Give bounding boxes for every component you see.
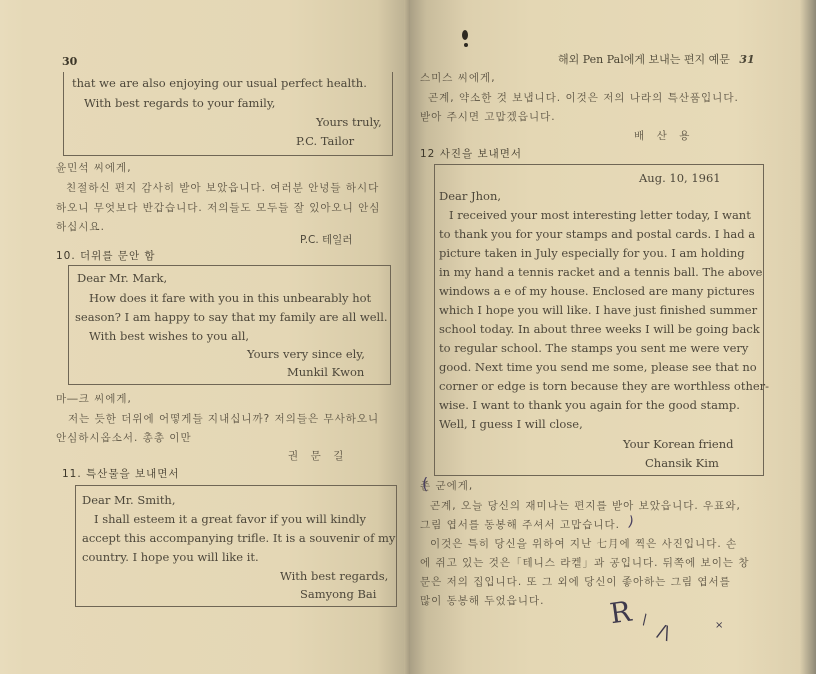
handwritten-note: R <box>608 595 633 631</box>
reply-salutation: 스미스 씨에게, <box>420 70 496 85</box>
book-spread: 30 that we are also enjoying our usual p… <box>0 0 816 674</box>
letter-closing: With best regards, <box>280 567 388 587</box>
reply-signature: 배 산 용 <box>634 128 690 143</box>
letter-line: accept this accompanying trifle. It is a… <box>82 529 395 549</box>
letter-signature: Munkil Kwon <box>287 363 364 383</box>
letter-line: How does it fare with you in this unbear… <box>89 289 371 309</box>
letter-line: to regular school. The stamps you sent m… <box>439 339 748 359</box>
left-page: 30 that we are also enjoying our usual p… <box>0 0 410 674</box>
reply-line: 친절하신 편지 감사히 받아 보았읍니다. 여러분 안녕들 하시다 <box>66 180 379 195</box>
letter-line: I shall esteem it a great favor if you w… <box>94 510 366 530</box>
section-heading: 11. 특산물을 보내면서 <box>62 466 180 481</box>
letter-date: Aug. 10, 1961 <box>639 169 721 189</box>
reply-line: 하오니 무엇보다 반갑습니다. 저의들도 모두들 잘 있아오니 안심 <box>56 200 380 215</box>
letter-line: which I hope you will like. I have just … <box>439 301 757 321</box>
pen-stroke-mark: × <box>715 620 723 631</box>
letter-box-mark: Dear Mr. Mark, How does it fare with you… <box>68 265 391 385</box>
letter-closing: Yours very since ely, <box>247 345 365 365</box>
reply-line: 에 쥐고 있는 것은「테니스 라켙」과 공입니다. 뒤쪽에 보이는 창 <box>420 555 749 570</box>
pen-stroke-mark: \ <box>638 612 650 628</box>
pen-bracket-mark: ( <box>422 474 428 493</box>
letter-line: windows a e of my house. Enclosed are ma… <box>439 282 755 302</box>
letter-line: wise. I want to thank you again for the … <box>439 396 740 416</box>
reply-line: 곤계, 오늘 당신의 재미나는 편지를 받아 보았읍니다. 우표와, <box>430 498 741 513</box>
reply-line: 하십시요. <box>56 219 105 234</box>
letter-line: I received your most interesting letter … <box>449 206 751 226</box>
running-head: 해외 Pen Pal에게 보내는 편지 예문 31 <box>558 51 755 67</box>
letter-box-jhon: Aug. 10, 1961 Dear Jhon, I received your… <box>434 164 764 476</box>
letter-closing: Yours truly, <box>316 113 382 133</box>
ink-blot <box>464 43 468 47</box>
reply-line: 곤계, 약소한 것 보냅니다. 이것은 저의 나라의 특산품입니다. <box>428 90 739 105</box>
letter-line: in my hand a tennis racket and a tennis … <box>439 263 762 283</box>
letter-line: With best wishes to you all, <box>89 327 249 347</box>
reply-line: 받아 주시면 고맙겠읍니다. <box>420 109 556 124</box>
letter-box-continued: that we are also enjoying our usual perf… <box>63 72 393 156</box>
reply-line: 문은 저의 집입니다. 또 그 외에 당신이 좋아하는 그림 엽서를 <box>420 574 731 589</box>
letter-line: picture taken in July especially for you… <box>439 244 745 264</box>
section-heading: 10. 더위를 문안 함 <box>56 248 156 263</box>
letter-line: that we are also enjoying our usual perf… <box>72 74 367 94</box>
page-number: 31 <box>739 53 754 66</box>
section-heading: 12 사진을 보내면서 <box>420 146 522 161</box>
letter-signature: Chansik Kim <box>645 454 719 474</box>
reply-signature: P.C. 테일러 <box>300 232 352 247</box>
reply-line: 그림 엽서를 동봉해 주셔서 고맙습니다. <box>420 517 620 532</box>
reply-line: 이것은 특히 당신을 위하여 지난 七月에 찍은 사진입니다. 손 <box>430 536 737 551</box>
reply-line: 저는 듯한 더위에 어떻게들 지내십니까? 저의들은 무사하오니 <box>68 411 379 426</box>
letter-salutation: Dear Mr. Mark, <box>77 269 167 289</box>
letter-line: season? I am happy to say that my family… <box>75 308 388 328</box>
reply-salutation: 윤민석 씨에게, <box>56 160 132 175</box>
pen-stroke-mark: ) <box>627 514 635 531</box>
letter-box-smith: Dear Mr. Smith, I shall esteem it a grea… <box>75 485 397 607</box>
letter-salutation: Dear Mr. Smith, <box>82 491 176 511</box>
reply-line: 많이 동봉해 두었읍니다. <box>420 593 544 608</box>
letter-line: to thank you for your stamps and postal … <box>439 225 755 245</box>
running-head-title: 해외 Pen Pal에게 보내는 편지 예문 <box>558 53 730 66</box>
letter-signature: P.C. Tailor <box>296 132 354 152</box>
reply-line: 안심하시옵소서. 총총 이만 <box>56 430 192 445</box>
letter-line: school today. In about three weeks I wil… <box>439 320 760 340</box>
right-page: 해외 Pen Pal에게 보내는 편지 예문 31 스미스 씨에게, 곤계, 약… <box>410 0 816 674</box>
letter-salutation: Dear Jhon, <box>439 187 501 207</box>
letter-line: country. I hope you will like it. <box>82 548 259 568</box>
reply-salutation: 마―크 씨에게, <box>56 391 132 406</box>
letter-line: corner or edge is torn because they are … <box>439 377 769 397</box>
pen-stroke-mark: /\ <box>655 621 674 645</box>
reply-signature: 권 문 길 <box>288 448 344 463</box>
letter-line: With best regards to your family, <box>84 94 275 114</box>
ink-blot <box>462 30 468 40</box>
letter-line: good. Next time you send me some, please… <box>439 358 757 378</box>
letter-closing: Your Korean friend <box>623 435 734 455</box>
letter-line: Well, I guess I will close, <box>439 415 583 435</box>
letter-signature: Samyong Bai <box>300 585 376 605</box>
page-number: 30 <box>62 55 77 68</box>
